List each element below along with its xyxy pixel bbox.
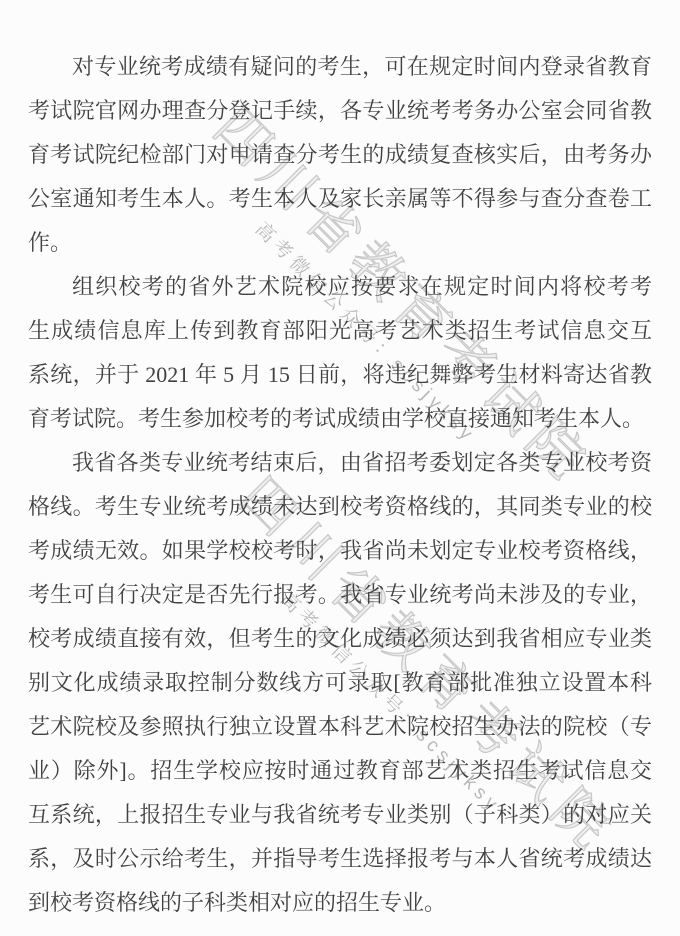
text-line: 生成绩信息库上传到教育部阳光高考艺术类招生考试信息交互 <box>28 309 652 353</box>
text-line: 考试院官网办理查分登记手续，各专业统考考务办公室会同省教 <box>28 89 652 133</box>
text-line: 考生可自行决定是否先行报考。我省专业统考尚未涉及的专业， <box>28 573 652 617</box>
document-body: 对专业统考成绩有疑问的考生，可在规定时间内登录省教育考试院官网办理查分登记手续，… <box>28 45 652 925</box>
text-line: 系，及时公示给考生，并指导考生选择报考与本人省统考成绩达 <box>28 837 652 881</box>
text-line: 系统，并于 2021 年 5 月 15 日前，将违纪舞弊考生材料寄达省教 <box>28 353 652 397</box>
text-line: 公室通知考生本人。考生本人及家长亲属等不得参与查分查卷工 <box>28 177 652 221</box>
text-line: 格线。考生专业统考成绩未达到校考资格线的，其同类专业的校 <box>28 485 652 529</box>
text-line: 考成绩无效。如果学校校考时，我省尚未划定专业校考资格线， <box>28 529 652 573</box>
text-line: 育考试院。考生参加校考的考试成绩由学校直接通知考生本人。 <box>28 397 652 441</box>
text-line: 校考成绩直接有效，但考生的文化成绩必须达到我省相应专业类 <box>28 617 652 661</box>
text-line: 育考试院纪检部门对申请查分考生的成绩复查核实后，由考务办 <box>28 133 652 177</box>
document-page: 四川省教育考试院 高考微信公众号：scsjyksy 四川省教育考试院 高考微信公… <box>0 0 680 936</box>
text-line: 别文化成绩录取控制分数线方可录取[教育部批准独立设置本科 <box>28 661 652 705</box>
paragraph: 组织校考的省外艺术院校应按要求在规定时间内将校考考生成绩信息库上传到教育部阳光高… <box>28 265 652 441</box>
text-line: 艺术院校及参照执行独立设置本科艺术院校招生办法的院校（专 <box>28 705 652 749</box>
paragraph: 对专业统考成绩有疑问的考生，可在规定时间内登录省教育考试院官网办理查分登记手续，… <box>28 45 652 265</box>
text-line: 对专业统考成绩有疑问的考生，可在规定时间内登录省教育 <box>28 45 652 89</box>
text-line: 到校考资格线的子科类相对应的招生专业。 <box>28 881 652 925</box>
text-line: 组织校考的省外艺术院校应按要求在规定时间内将校考考 <box>28 265 652 309</box>
text-line: 业）除外]。招生学校应按时通过教育部艺术类招生考试信息交 <box>28 749 652 793</box>
text-line: 互系统，上报招生专业与我省统考专业类别（子科类）的对应关 <box>28 793 652 837</box>
text-line: 作。 <box>28 221 652 265</box>
paragraph: 我省各类专业统考结束后，由省招考委划定各类专业校考资格线。考生专业统考成绩未达到… <box>28 441 652 925</box>
text-line: 我省各类专业统考结束后，由省招考委划定各类专业校考资 <box>28 441 652 485</box>
